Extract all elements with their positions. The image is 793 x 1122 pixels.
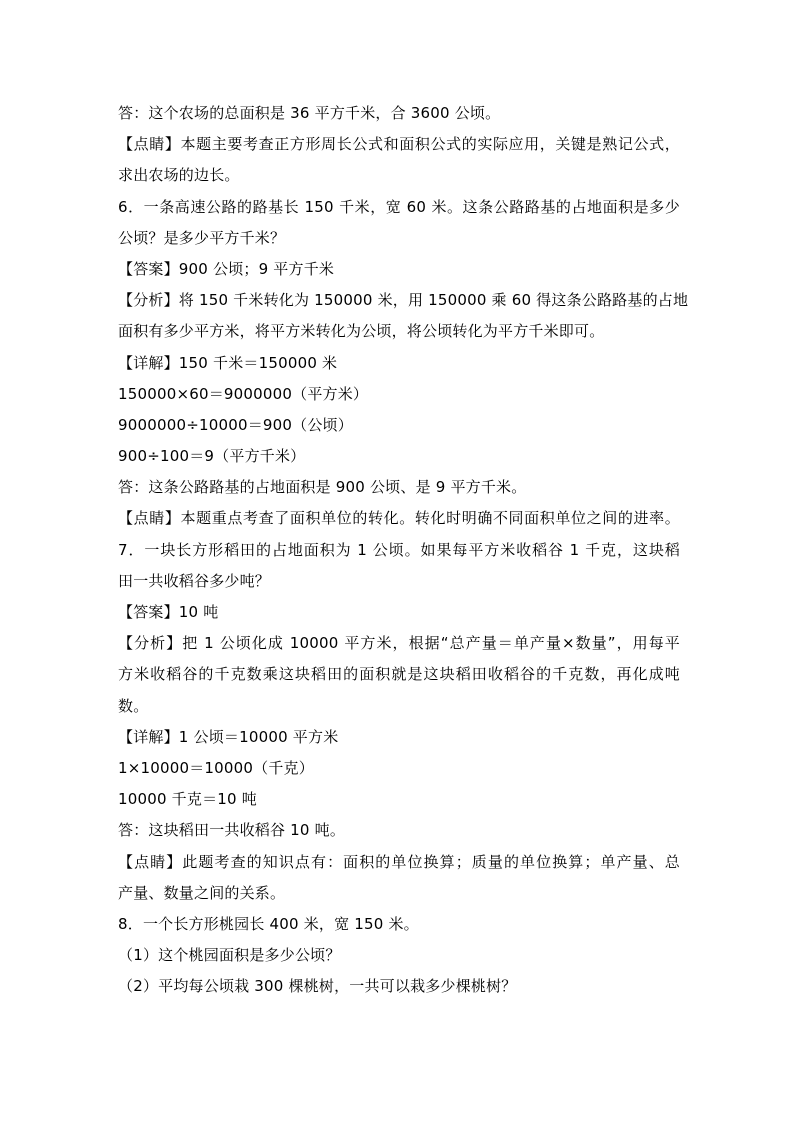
- analysis-q7-line2: 方米收稻谷的千克数乘这块稻田的面积就是这块稻田收稻谷的千克数，再化成吨: [118, 659, 680, 690]
- tip-q5-line2: 求出农场的边长。: [118, 160, 680, 191]
- question-8-part1: （1）这个桃园面积是多少公顷？: [118, 940, 680, 971]
- solution-q7-step1: 【详解】1 公顷＝10000 平方米: [118, 722, 680, 753]
- tip-q5-line1: 【点睛】本题主要考查正方形周长公式和面积公式的实际应用，关键是熟记公式，: [118, 129, 680, 160]
- solution-q6-step2: 150000×60＝9000000（平方米）: [118, 379, 680, 410]
- answer-q7: 【答案】10 吨: [118, 597, 680, 628]
- solution-q7-step2: 1×10000＝10000（千克）: [118, 753, 680, 784]
- question-8-part2: （2）平均每公顷栽 300 棵桃树，一共可以栽多少棵桃树？: [118, 971, 680, 1002]
- solution-q6-step1: 【详解】150 千米＝150000 米: [118, 348, 680, 379]
- solution-q6-step4: 900÷100＝9（平方千米）: [118, 441, 680, 472]
- analysis-q7-line3: 数。: [118, 691, 680, 722]
- answer-statement-q5: 答：这个农场的总面积是 36 平方千米，合 3600 公顷。: [118, 98, 680, 129]
- answer-statement-q6: 答：这条公路路基的占地面积是 900 公顷、是 9 平方千米。: [118, 472, 680, 503]
- question-6-line2: 公顷？是多少平方千米？: [118, 223, 680, 254]
- solution-q7-step3: 10000 千克＝10 吨: [118, 784, 680, 815]
- analysis-q7-line1: 【分析】把 1 公顷化成 10000 平方米，根据“总产量＝单产量×数量”，用每…: [118, 628, 680, 659]
- analysis-q6-line2: 面积有多少平方米，将平方米转化为公顷，将公顷转化为平方千米即可。: [118, 316, 680, 347]
- analysis-q6-line1: 【分析】将 150 千米转化为 150000 米，用 150000 乘 60 得…: [118, 285, 680, 316]
- solution-q6-step3: 9000000÷10000＝900（公顷）: [118, 410, 680, 441]
- answer-q6: 【答案】900 公顷；9 平方千米: [118, 254, 680, 285]
- tip-q7-line2: 产量、数量之间的关系。: [118, 878, 680, 909]
- question-8: 8．一个长方形桃园长 400 米，宽 150 米。: [118, 909, 680, 940]
- document-page: 答：这个农场的总面积是 36 平方千米，合 3600 公顷。 【点睛】本题主要考…: [118, 98, 680, 1002]
- tip-q7-line1: 【点睛】此题考查的知识点有：面积的单位换算；质量的单位换算；单产量、总: [118, 847, 680, 878]
- question-7-line2: 田一共收稻谷多少吨？: [118, 566, 680, 597]
- question-6-line1: 6．一条高速公路的路基长 150 千米，宽 60 米。这条公路路基的占地面积是多…: [118, 192, 680, 223]
- answer-statement-q7: 答：这块稻田一共收稻谷 10 吨。: [118, 815, 680, 846]
- tip-q6: 【点睛】本题重点考查了面积单位的转化。转化时明确不同面积单位之间的进率。: [118, 503, 680, 534]
- question-7-line1: 7．一块长方形稻田的占地面积为 1 公顷。如果每平方米收稻谷 1 千克，这块稻: [118, 535, 680, 566]
